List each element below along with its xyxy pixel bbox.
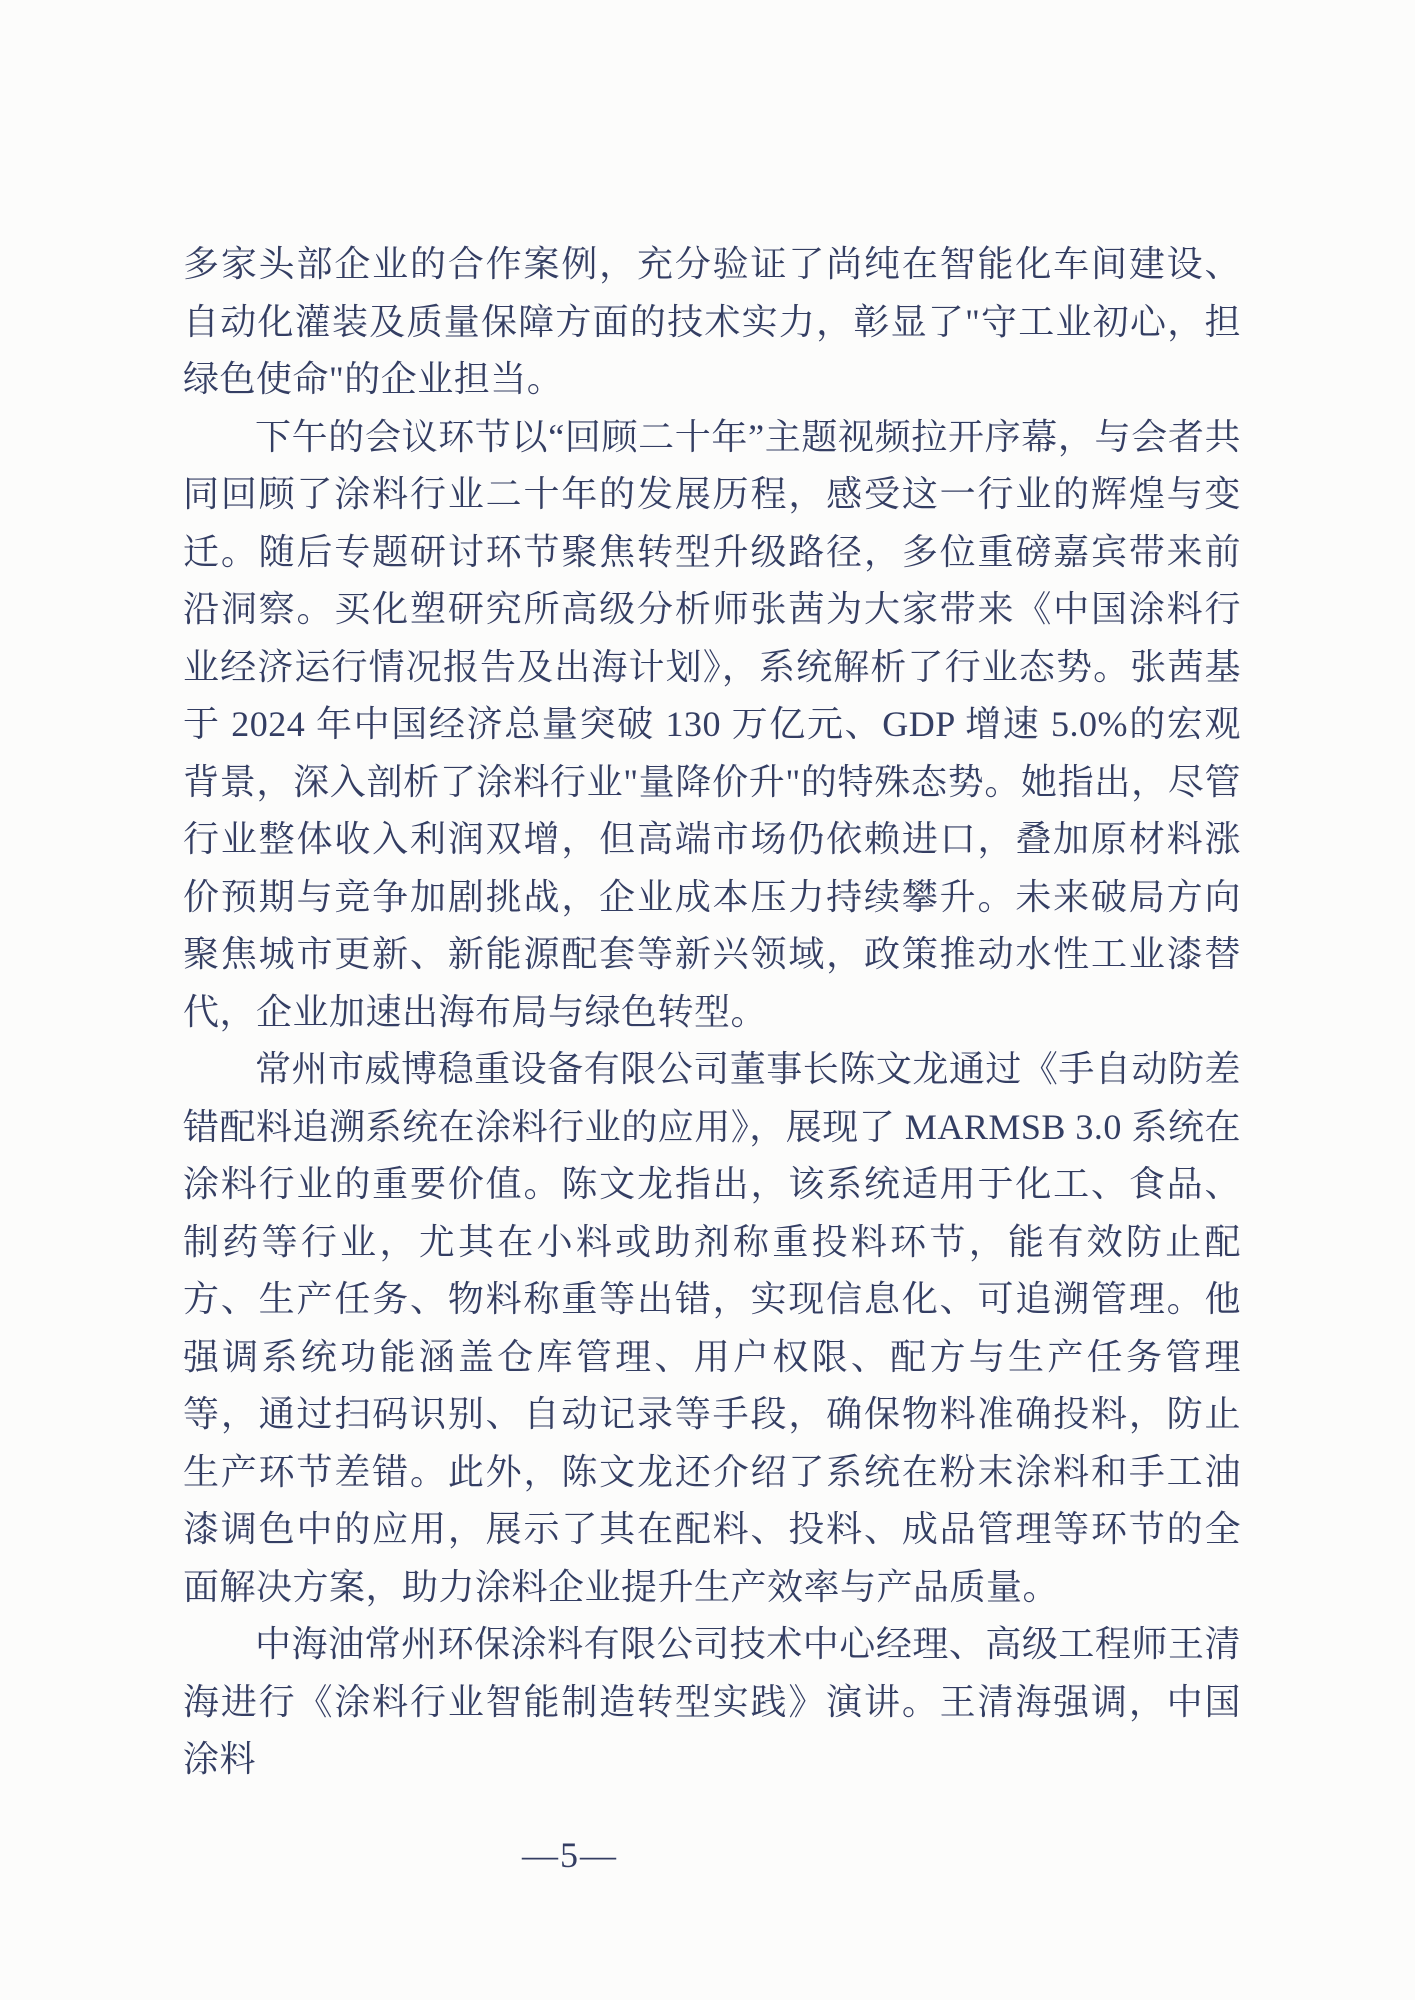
- document-page: 多家头部企业的合作案例，充分验证了尚纯在智能化车间建设、自动化灌装及质量保障方面…: [0, 0, 1415, 2000]
- paragraph-continuation: 多家头部企业的合作案例，充分验证了尚纯在智能化车间建设、自动化灌装及质量保障方面…: [183, 236, 1241, 409]
- paragraph-cnooc-speaker: 中海油常州环保涂料有限公司技术中心经理、高级工程师王清海进行《涂料行业智能制造转…: [183, 1616, 1241, 1789]
- document-body: 多家头部企业的合作案例，充分验证了尚纯在智能化车间建设、自动化灌装及质量保障方面…: [183, 236, 1241, 1789]
- paragraph-afternoon-session: 下午的会议环节以“回顾二十年”主题视频拉开序幕，与会者共同回顾了涂料行业二十年的…: [183, 409, 1241, 1042]
- page-number: —5—: [460, 1834, 680, 1876]
- paragraph-weibo-company: 常州市威博稳重设备有限公司董事长陈文龙通过《手自动防差错配料追溯系统在涂料行业的…: [183, 1041, 1241, 1616]
